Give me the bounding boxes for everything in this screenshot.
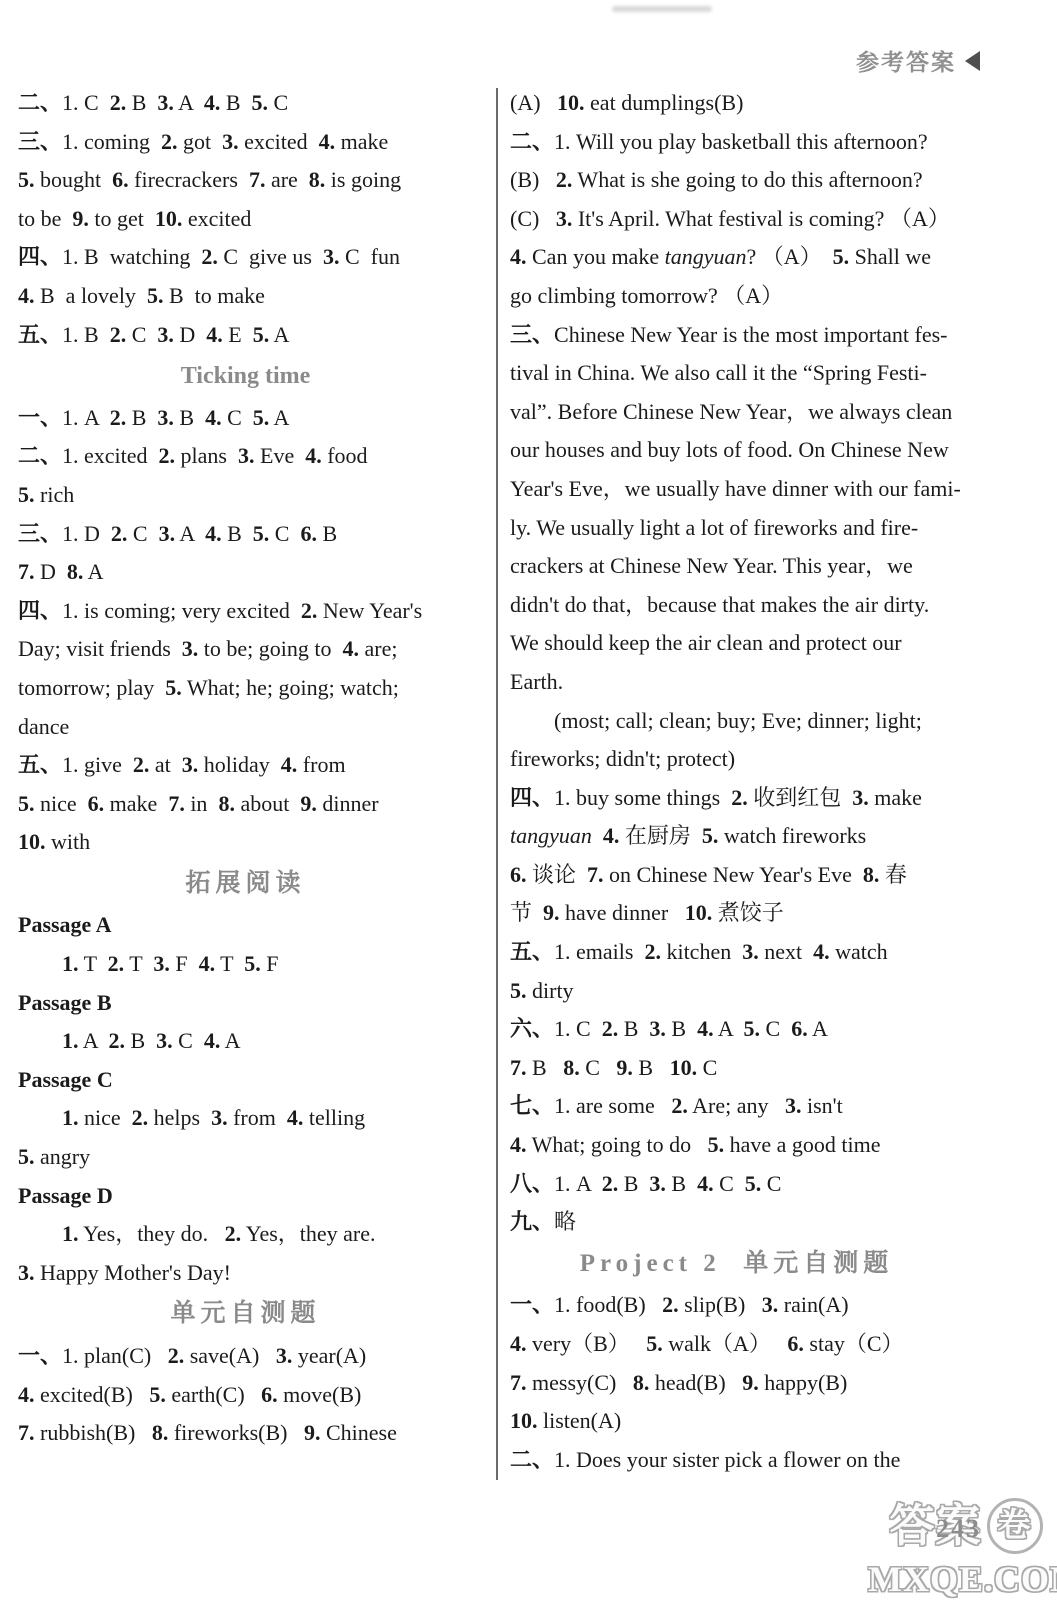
answer-line: 节 9. have dinner 10. 煮饺子 <box>510 894 963 933</box>
answer-line: didn't do that，because that makes the ai… <box>510 586 963 625</box>
answer-line: to be 9. to get 10. excited <box>18 200 473 239</box>
answer-line: 4. very（B） 5. walk（A） 6. stay（C） <box>510 1325 963 1364</box>
answer-line: 七、1. are some 2. Are; any 3. isn't <box>510 1087 963 1126</box>
answer-line: Passage C <box>18 1061 473 1100</box>
answer-line: 一、1. food(B) 2. slip(B) 3. rain(A) <box>510 1286 963 1325</box>
answer-line: tangyuan 4. 在厨房 5. watch fireworks <box>510 817 963 856</box>
page-header: 参考答案 <box>856 44 986 77</box>
answer-line: 一、1. A 2. B 3. B 4. C 5. A <box>18 399 473 438</box>
answer-line: We should keep the air clean and protect… <box>510 624 963 663</box>
answer-line: 5. nice 6. make 7. in 8. about 9. dinner <box>18 785 473 824</box>
answer-line: 1. T 2. T 3. F 4. T 5. F <box>18 945 473 984</box>
answer-line: fireworks; didn't; protect) <box>510 740 963 779</box>
answer-line: 三、1. D 2. C 3. A 4. B 5. C 6. B <box>18 515 473 554</box>
answer-line: tomorrow; play 5. What; he; going; watch… <box>18 669 473 708</box>
answer-line: 四、1. is coming; very excited 2. New Year… <box>18 592 473 631</box>
right-column: (A) 10. eat dumplings(B)二、1. Will you pl… <box>510 84 963 1479</box>
answer-line: 二、1. excited 2. plans 3. Eve 4. food <box>18 437 473 476</box>
answer-line: Day; visit friends 3. to be; going to 4.… <box>18 630 473 669</box>
answer-line: Year's Eve，we usually have dinner with o… <box>510 470 963 509</box>
answer-line: 4. What; going to do 5. have a good time <box>510 1126 963 1165</box>
answer-line: 1. A 2. B 3. C 4. A <box>18 1022 473 1061</box>
answer-line: 九、略 <box>510 1203 963 1242</box>
answer-line: 7. D 8. A <box>18 553 473 592</box>
left-arrow-icon <box>965 51 980 71</box>
answer-line: ly. We usually light a lot of fireworks … <box>510 509 963 548</box>
answer-line: 1. nice 2. helps 3. from 4. telling <box>18 1099 473 1138</box>
left-column: 二、1. C 2. B 3. A 4. B 5. C三、1. coming 2.… <box>18 84 473 1453</box>
answer-line: dance <box>18 708 473 747</box>
answer-line: (C) 3. It's April. What festival is comi… <box>510 200 963 239</box>
answer-line: 5. rich <box>18 476 473 515</box>
answer-line: 三、Chinese New Year is the most important… <box>510 316 963 355</box>
answer-line: 一、1. plan(C) 2. save(A) 3. year(A) <box>18 1337 473 1376</box>
answer-line: 5. angry <box>18 1138 473 1177</box>
answer-line: 7. B 8. C 9. B 10. C <box>510 1049 963 1088</box>
answer-line: 3. Happy Mother's Day! <box>18 1254 473 1293</box>
answer-line: 三、1. coming 2. got 3. excited 4. make <box>18 123 473 162</box>
section-heading: 单元自测题 <box>18 1295 473 1334</box>
answer-line: 五、1. B 2. C 3. D 4. E 5. A <box>18 316 473 355</box>
answer-line: 四、1. B watching 2. C give us 3. C fun <box>18 238 473 277</box>
answer-line: 1. Yes，they do. 2. Yes，they are. <box>18 1215 473 1254</box>
column-divider <box>496 88 498 1480</box>
page-number: 243 <box>936 1514 981 1544</box>
answer-line: 5. bought 6. firecrackers 7. are 8. is g… <box>18 161 473 200</box>
answer-line: 5. dirty <box>510 972 963 1011</box>
answer-line: 10. listen(A) <box>510 1402 963 1441</box>
answer-line: 五、1. give 2. at 3. holiday 4. from <box>18 746 473 785</box>
answer-line: 五、1. emails 2. kitchen 3. next 4. watch <box>510 933 963 972</box>
section-heading: Project 2 单元自测题 <box>510 1245 963 1284</box>
answer-line: 4. excited(B) 5. earth(C) 6. move(B) <box>18 1376 473 1415</box>
answer-line: our houses and buy lots of food. On Chin… <box>510 431 963 470</box>
section-heading: 拓展阅读 <box>18 865 473 904</box>
answer-line: Earth. <box>510 663 963 702</box>
answer-line: 4. Can you make tangyuan? （A） 5. Shall w… <box>510 238 963 277</box>
answer-line: 7. rubbish(B) 8. fireworks(B) 9. Chinese <box>18 1414 473 1453</box>
answer-line: 四、1. buy some things 2. 收到红包 3. make <box>510 779 963 818</box>
answer-line: Passage D <box>18 1177 473 1216</box>
answer-line: (B) 2. What is she going to do this afte… <box>510 161 963 200</box>
answer-line: 10. with <box>18 823 473 862</box>
answer-line: crackers at Chinese New Year. This year，… <box>510 547 963 586</box>
answer-line: 八、1. A 2. B 3. B 4. C 5. C <box>510 1165 963 1204</box>
answer-line: 7. messy(C) 8. head(B) 9. happy(B) <box>510 1364 963 1403</box>
answer-line: (most; call; clean; buy; Eve; dinner; li… <box>510 702 963 741</box>
section-heading: Ticking time <box>18 357 473 396</box>
answer-line: Passage B <box>18 984 473 1023</box>
scanned-answer-page: { "header": { "label": "参考答案" }, "page_n… <box>0 0 1057 1600</box>
answer-line: 二、1. Does your sister pick a flower on t… <box>510 1441 963 1480</box>
answer-line: Passage A <box>18 906 473 945</box>
answer-line: go climbing tomorrow? （A） <box>510 277 963 316</box>
answer-line: 六、1. C 2. B 3. B 4. A 5. C 6. A <box>510 1010 963 1049</box>
page-header-label: 参考答案 <box>856 44 956 77</box>
answer-line: 二、1. Will you play basketball this after… <box>510 123 963 162</box>
watermark-circle-logo: 卷 <box>987 1498 1043 1554</box>
answer-line: (A) 10. eat dumplings(B) <box>510 84 963 123</box>
answer-line: 6. 谈论 7. on Chinese New Year's Eve 8. 春 <box>510 856 963 895</box>
scan-smudge <box>612 6 712 12</box>
answer-line: 4. B a lovely 5. B to make <box>18 277 473 316</box>
answer-line: 二、1. C 2. B 3. A 4. B 5. C <box>18 84 473 123</box>
watermark-site: MXQE.COM <box>868 1558 1057 1600</box>
answer-line: val”. Before Chinese New Year，we always … <box>510 393 963 432</box>
answer-line: tival in China. We also call it the “Spr… <box>510 354 963 393</box>
